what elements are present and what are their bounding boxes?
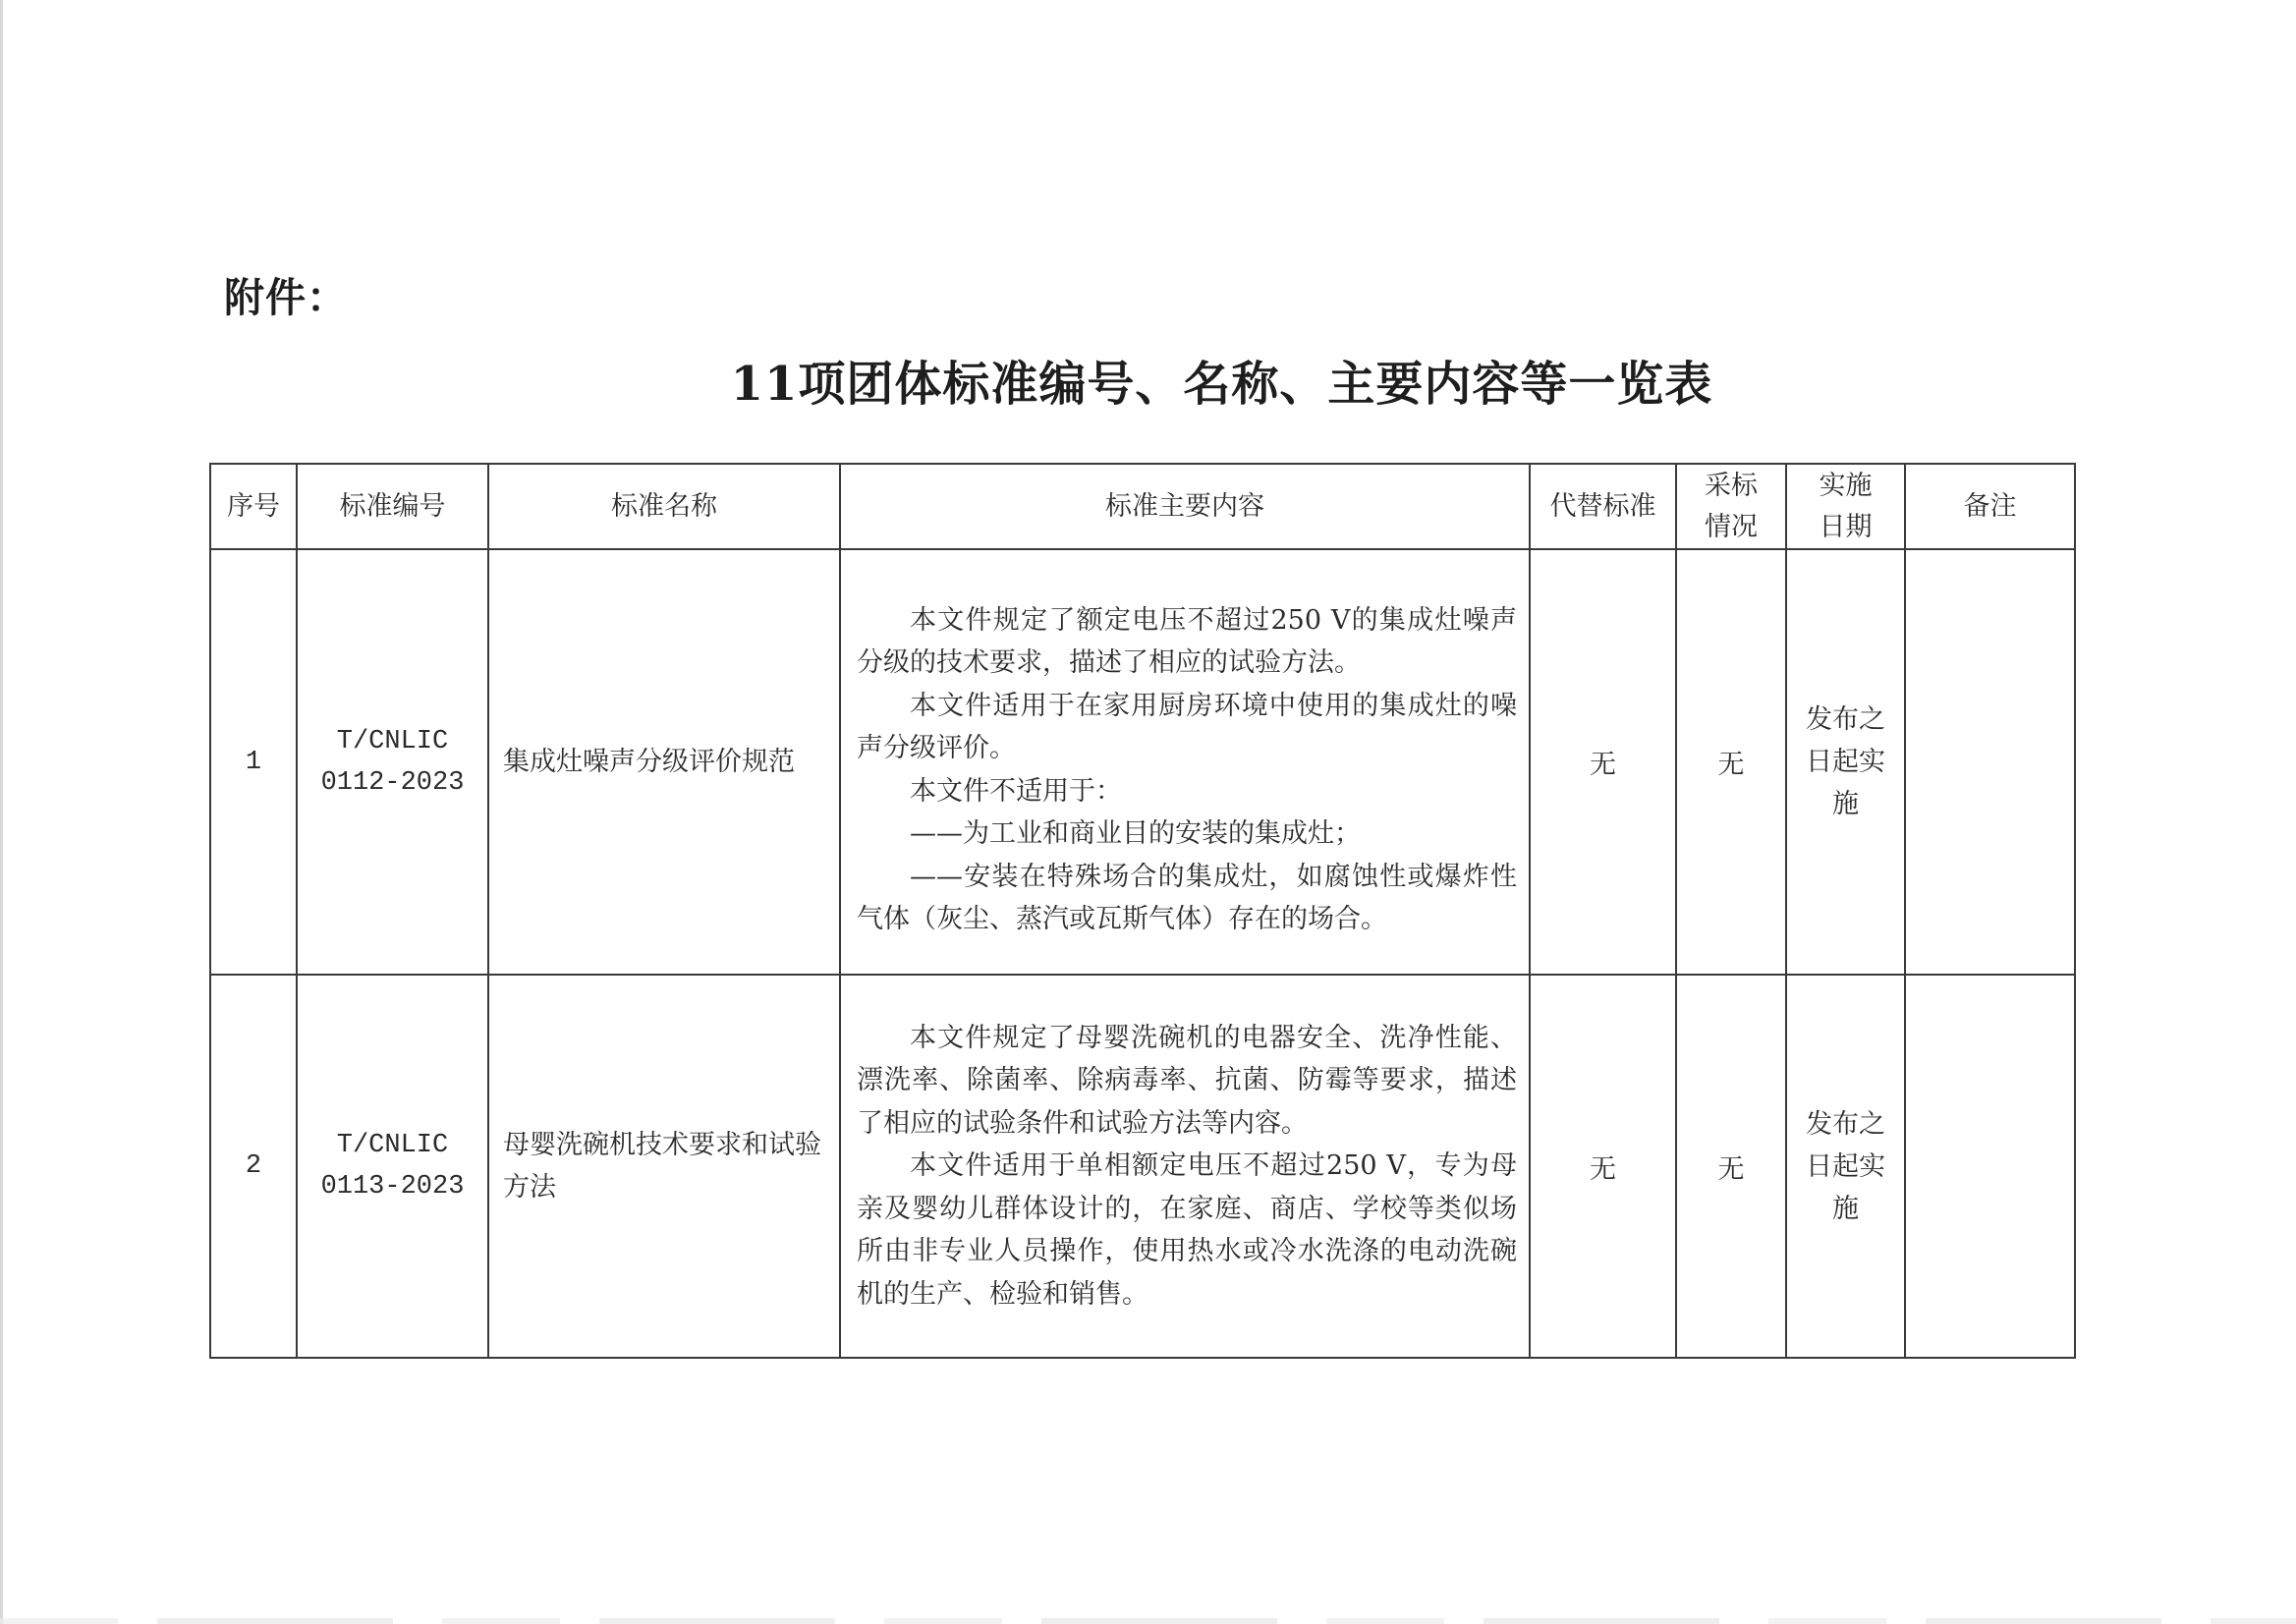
header-adoption: 采标情况 (1676, 464, 1786, 549)
content-paragraph: 本文件不适用于： (857, 770, 1517, 813)
table-header-row: 序号 标准编号 标准名称 标准主要内容 代替标准 采标情况 实施日期 备注 (210, 464, 2075, 549)
code-line2: 0113-2023 (321, 1172, 465, 1202)
code-line2: 0112-2023 (321, 768, 465, 798)
cell-name: 集成灶噪声分级评价规范 (488, 549, 840, 975)
content-paragraph: ——安装在特殊场合的集成灶，如腐蚀性或爆炸性气体（灰尘、蒸汽或瓦斯气体）存在的场… (857, 856, 1517, 941)
code-line1: T/CNLIC (337, 727, 448, 756)
cell-effective-date: 发布之日起实施 (1786, 975, 1905, 1358)
cell-remarks (1905, 975, 2075, 1358)
table-row: 1 T/CNLIC0112-2023 集成灶噪声分级评价规范 本文件规定了额定电… (210, 549, 2075, 975)
code-line1: T/CNLIC (337, 1131, 448, 1160)
content-paragraph: 本文件适用于单相额定电压不超过250 V，专为母亲及婴幼儿群体设计的，在家庭、商… (857, 1145, 1517, 1316)
scan-artifact (0, 1618, 2296, 1624)
content-paragraph: 本文件适用于在家用厨房环境中使用的集成灶的噪声分级评价。 (857, 685, 1517, 770)
cell-code: T/CNLIC0112-2023 (297, 549, 488, 975)
scan-edge (0, 0, 3, 1624)
cell-replaces: 无 (1530, 975, 1676, 1358)
cell-seq: 2 (210, 975, 297, 1358)
header-replaces: 代替标准 (1530, 464, 1676, 549)
content-paragraph: ——为工业和商业目的安装的集成灶； (857, 812, 1517, 856)
standards-table: 序号 标准编号 标准名称 标准主要内容 代替标准 采标情况 实施日期 备注 1 … (209, 463, 2076, 1359)
header-remarks: 备注 (1905, 464, 2075, 549)
cell-content: 本文件规定了母婴洗碗机的电器安全、洗净性能、漂洗率、除菌率、除病毒率、抗菌、防霉… (840, 975, 1530, 1358)
attachment-label: 附件： (224, 265, 348, 323)
cell-code: T/CNLIC0113-2023 (297, 975, 488, 1358)
cell-name: 母婴洗碗机技术要求和试验方法 (488, 975, 840, 1358)
cell-effective-date: 发布之日起实施 (1786, 549, 1905, 975)
cell-replaces: 无 (1530, 549, 1676, 975)
header-date-line2: 日期 (1820, 512, 1873, 542)
content-paragraph: 本文件规定了母婴洗碗机的电器安全、洗净性能、漂洗率、除菌率、除病毒率、抗菌、防霉… (857, 1017, 1517, 1146)
table-row: 2 T/CNLIC0113-2023 母婴洗碗机技术要求和试验方法 本文件规定了… (210, 975, 2075, 1358)
header-seq: 序号 (210, 464, 297, 549)
cell-adoption: 无 (1676, 975, 1786, 1358)
document-title: 11项团体标准编号、名称、主要内容等一览表 (0, 346, 2296, 414)
header-name: 标准名称 (488, 464, 840, 549)
header-adoption-line2: 情况 (1705, 512, 1758, 542)
header-code: 标准编号 (297, 464, 488, 549)
cell-seq: 1 (210, 549, 297, 975)
cell-adoption: 无 (1676, 549, 1786, 975)
content-paragraph: 本文件规定了额定电压不超过250 V的集成灶噪声分级的技术要求，描述了相应的试验… (857, 599, 1517, 685)
header-adoption-line1: 采标 (1705, 471, 1758, 501)
header-content: 标准主要内容 (840, 464, 1530, 549)
cell-content: 本文件规定了额定电压不超过250 V的集成灶噪声分级的技术要求，描述了相应的试验… (840, 549, 1530, 975)
cell-remarks (1905, 549, 2075, 975)
header-effective-date: 实施日期 (1786, 464, 1905, 549)
header-date-line1: 实施 (1820, 471, 1873, 501)
